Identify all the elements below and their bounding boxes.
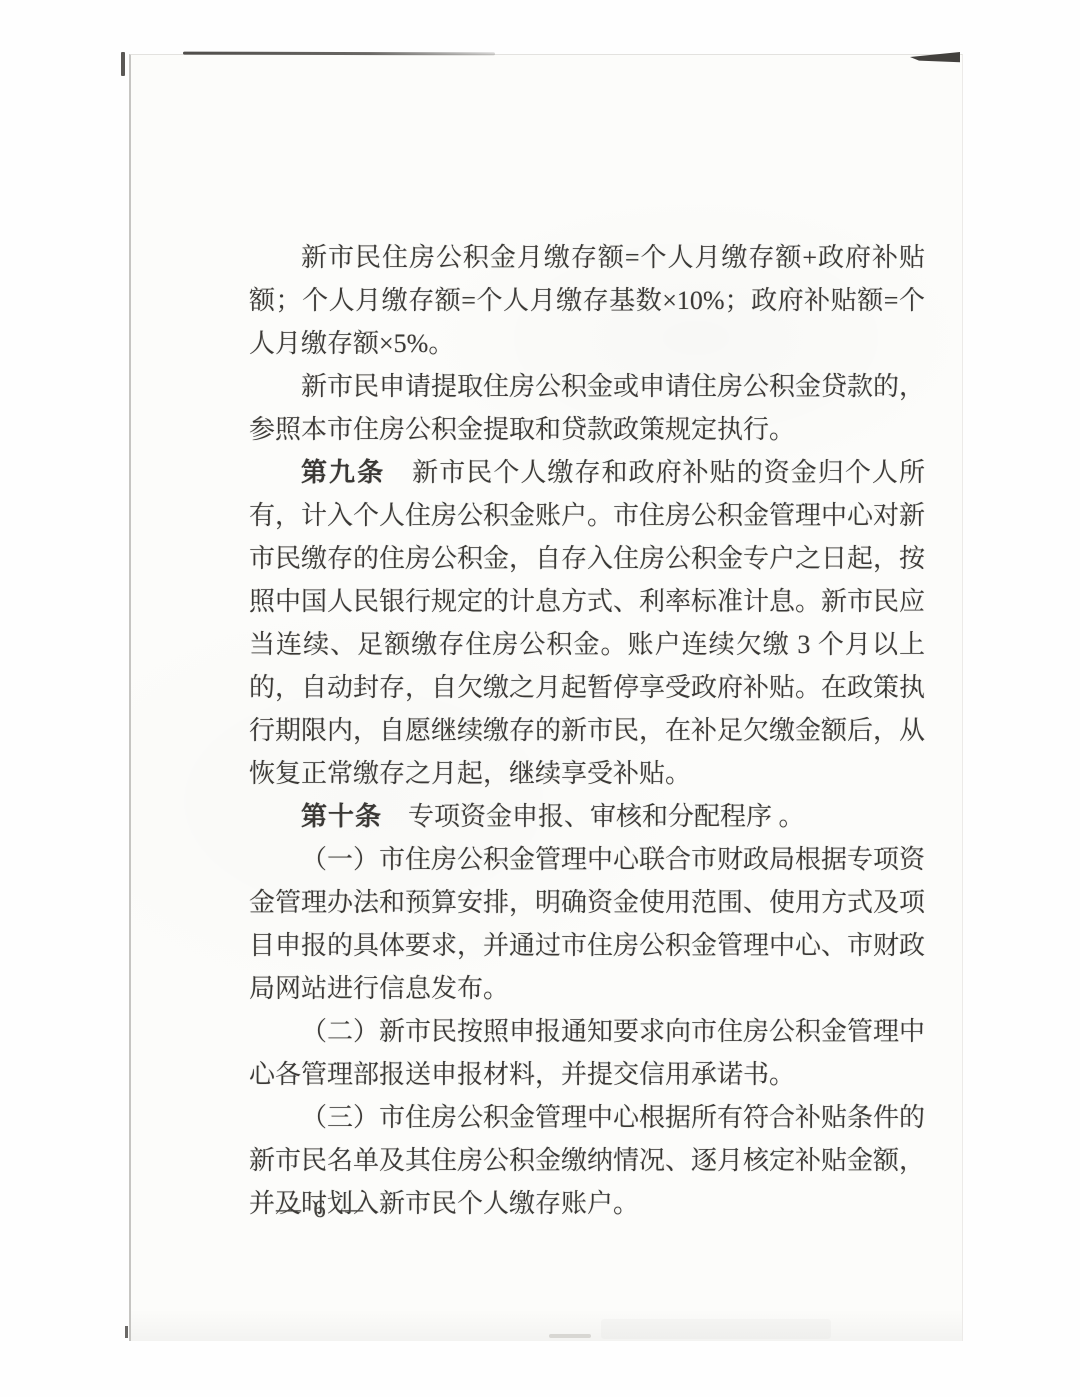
document-body: 新市民住房公积金月缴存额=个人月缴存额+政府补贴额；个人月缴存额=个人月缴存基数… — [249, 236, 925, 1225]
body-paragraph: （二）新市民按照申报通知要求向市住房公积金管理中心各管理部报送申报材料，并提交信… — [249, 1010, 925, 1096]
page-number: — 6 — — [276, 1196, 366, 1224]
scan-artifact-bottom-shade — [131, 1309, 962, 1341]
body-paragraph: （一）市住房公积金管理中心联合市财政局根据专项资金管理办法和预算安排，明确资金使… — [249, 838, 925, 1010]
article-number: 第九条 — [301, 458, 385, 487]
scanned-document-page: 新市民住房公积金月缴存额=个人月缴存额+政府补贴额；个人月缴存额=个人月缴存基数… — [0, 0, 1080, 1397]
body-paragraph: 新市民住房公积金月缴存额=个人月缴存额+政府补贴额；个人月缴存额=个人月缴存基数… — [249, 236, 925, 365]
body-paragraph: 新市民申请提取住房公积金或申请住房公积金贷款的，参照本市住房公积金提取和贷款政策… — [249, 365, 925, 451]
article-paragraph: 第九条 新市民个人缴存和政府补贴的资金归个人所有，计入个人住房公积金账户。市住房… — [249, 451, 925, 795]
article-number: 第十条 — [301, 802, 382, 831]
scan-artifact-bottom-smudge — [601, 1319, 831, 1339]
scan-artifact-bottom-dash — [549, 1334, 591, 1338]
scan-artifact-left-bottom-tick — [125, 1326, 128, 1338]
article-paragraph: 第十条 专项资金申报、审核和分配程序 。 — [249, 795, 925, 838]
scan-artifact-left-top-tick — [121, 52, 125, 76]
